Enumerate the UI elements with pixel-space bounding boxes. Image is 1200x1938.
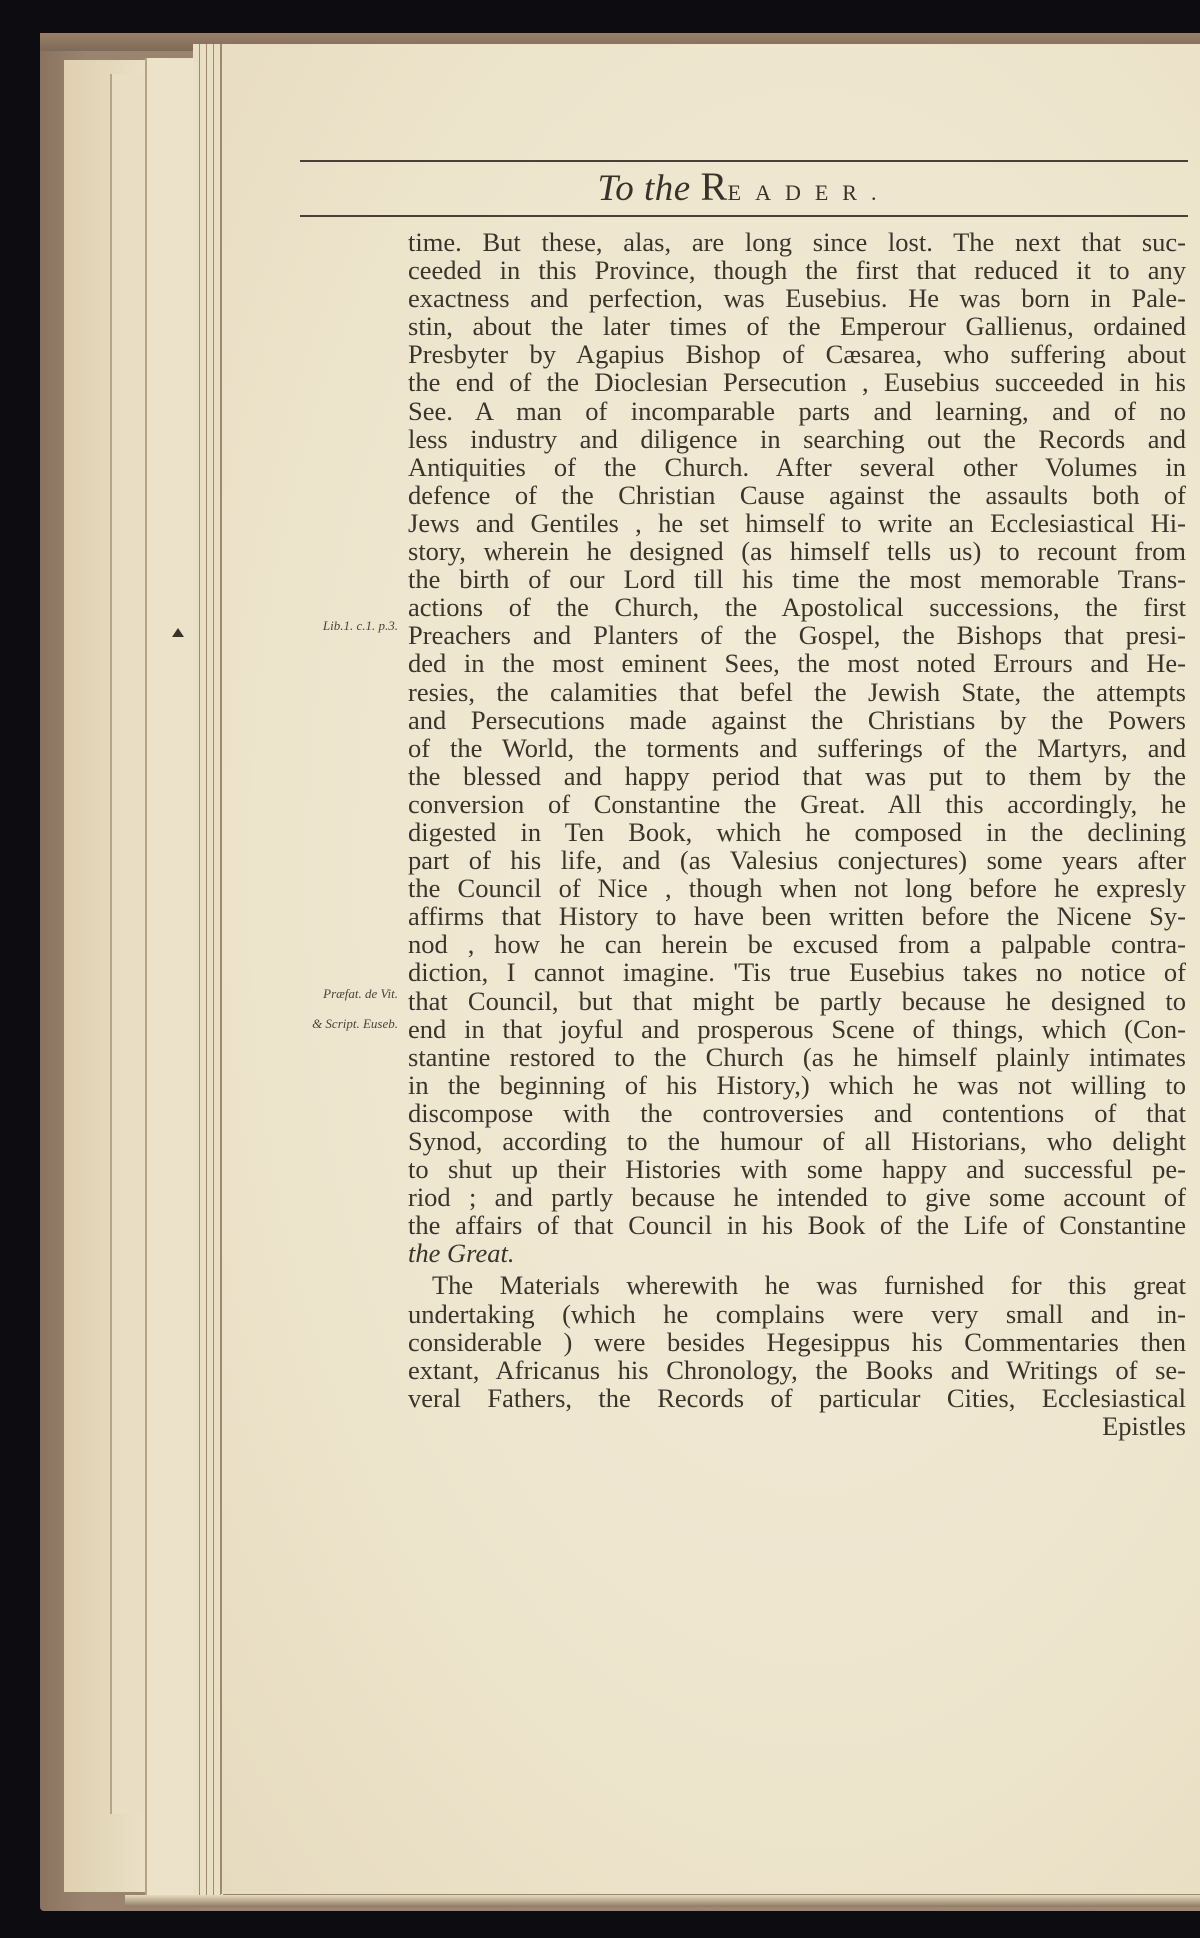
text-line: digested in Ten Book, which he composed … [408,818,1186,846]
text-line: diction, I cannot imagine. 'Tis true Eus… [408,958,1186,986]
text-line: affirms that History to have been writte… [408,902,1186,930]
text-line: nod , how he can herein be excused from … [408,930,1186,958]
text-line: extant, Africanus his Chronology, the Bo… [408,1356,1186,1384]
text-line: time. But these, alas, are long since lo… [408,228,1186,256]
catchword: Epistles [408,1412,1186,1440]
main-text: time. But these, alas, are long since lo… [408,228,1186,1440]
text-line: stantine restored to the Church (as he h… [408,1043,1186,1071]
text-line: exactness and perfection, was Eusebius. … [408,284,1186,312]
marginal-note: Præfat. de Vit. [268,986,398,1002]
text-line: defence of the Christian Cause against t… [408,481,1186,509]
text-line: the birth of our Lord till his time the … [408,565,1186,593]
text-line: and Persecutions made against the Christ… [408,706,1186,734]
text-line: to shut up their Histories with some hap… [408,1155,1186,1183]
text-line: less industry and diligence in searching… [408,425,1186,453]
running-head: To the READER. [300,162,1188,212]
text-line: riod ; and partly because he intended to… [408,1183,1186,1211]
text-line: resies, the calamities that befel the Je… [408,678,1186,706]
text-line: the blessed and happy period that was pu… [408,762,1186,790]
text-line: Jews and Gentiles , he set himself to wr… [408,509,1186,537]
text-line: actions of the Church, the Apostolical s… [408,593,1186,621]
running-head-italic: To the [598,168,691,209]
text-line: ceeded in this Province, though the firs… [408,256,1186,284]
book-bottom-edge [125,1895,1200,1907]
text-line: stin, about the later times of the Emper… [408,312,1186,340]
inner-leaf [145,58,197,1898]
text-line: the end of the Dioclesian Persecution , … [408,368,1186,396]
text-line: in the beginning of his History,) which … [408,1071,1186,1099]
header-rule-bottom [300,215,1188,217]
text-line: the Great. [408,1239,1186,1267]
text-line: end in that joyful and prosperous Scene … [408,1015,1186,1043]
printer-mark-icon [172,628,184,637]
running-head-small-caps: EADER. [728,180,891,205]
text-line: ded in the most eminent Sees, the most n… [408,649,1186,677]
text-line: story, wherein he designed (as himself t… [408,537,1186,565]
page-edges [193,44,223,1899]
running-head-initial: R [700,164,727,209]
text-line: that Council, but that might be partly b… [408,987,1186,1015]
text-line: considerable ) were besides Hegesippus h… [408,1328,1186,1356]
paragraph-start-line: The Materials wherewith he was furnished… [408,1271,1186,1299]
text-line: veral Fathers, the Records of particular… [408,1384,1186,1412]
text-line: See. A man of incomparable parts and lea… [408,397,1186,425]
text-line: Antiquities of the Church. After several… [408,453,1186,481]
text-line: discompose with the controversies and co… [408,1099,1186,1127]
text-line: Presbyter by Agapius Bishop of Cæsarea, … [408,340,1186,368]
text-line: undertaking (which he complains were ver… [408,1300,1186,1328]
marginal-note: Lib.1. c.1. p.3. [268,618,398,634]
text-line: of the World, the torments and suffering… [408,734,1186,762]
text-line: the affairs of that Council in his Book … [408,1211,1186,1239]
text-line: conversion of Constantine the Great. All… [408,790,1186,818]
text-line: part of his life, and (as Valesius conje… [408,846,1186,874]
marginal-note: & Script. Euseb. [268,1016,398,1032]
text-line: Synod, according to the humour of all Hi… [408,1127,1186,1155]
text-line: the Council of Nice , though when not lo… [408,874,1186,902]
text-line: Preachers and Planters of the Gospel, th… [408,621,1186,649]
